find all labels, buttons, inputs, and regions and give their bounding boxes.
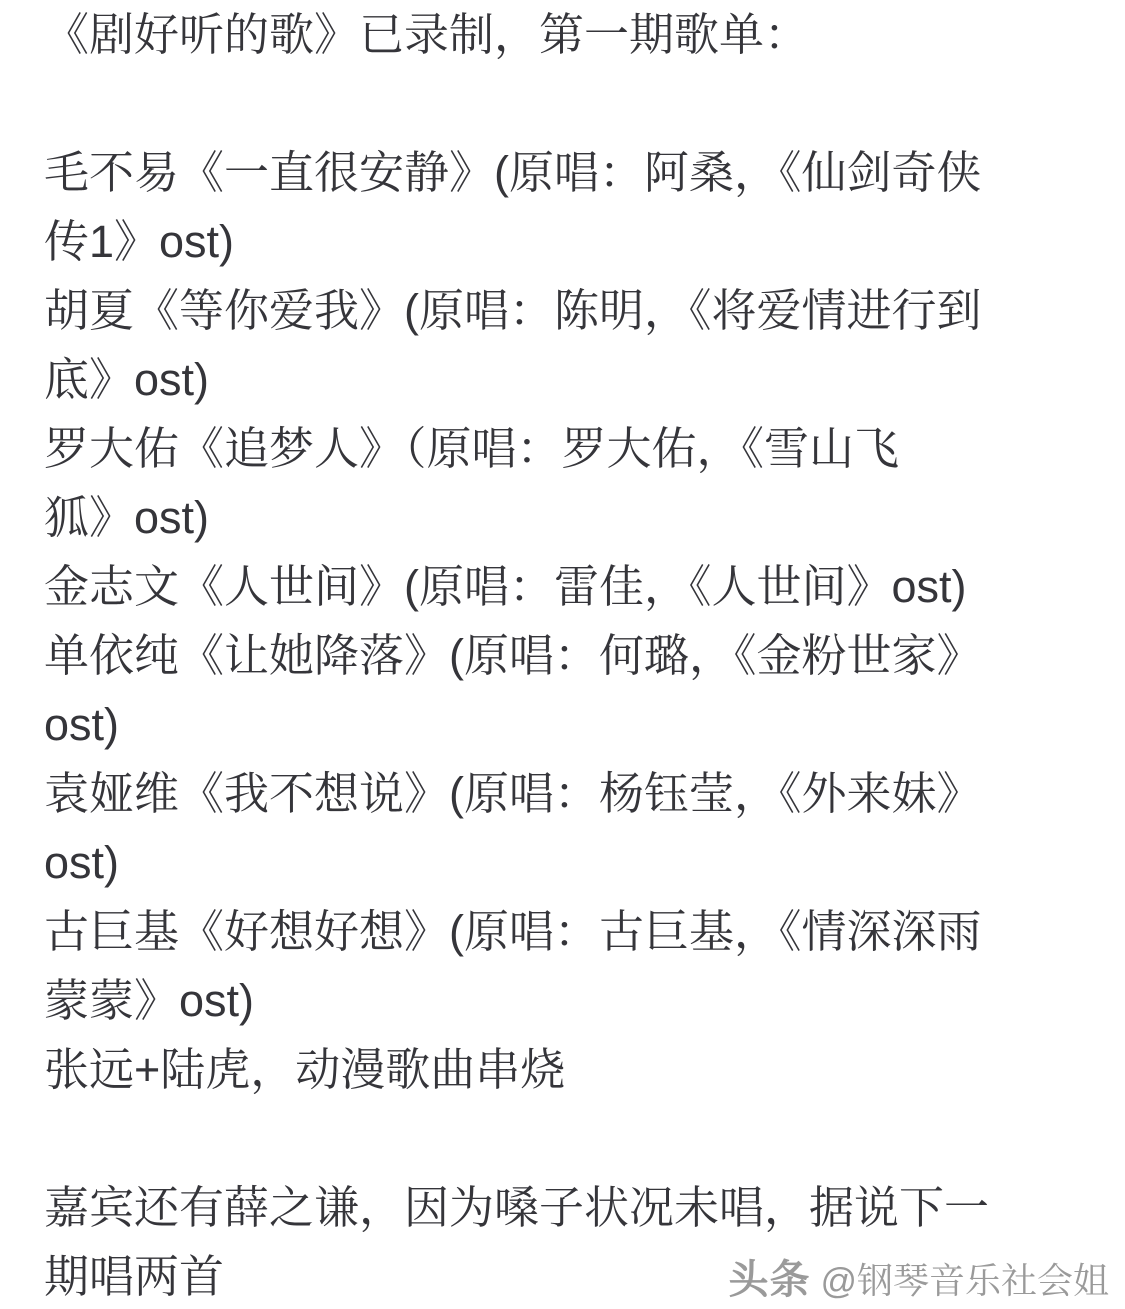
text-line: ost): [44, 828, 1095, 897]
text-line: 蒙蒙》ost): [44, 966, 1095, 1035]
text-line: 传1》ost): [44, 207, 1095, 276]
text-line: 底》ost): [44, 345, 1095, 414]
post-page: 《剧好听的歌》已录制，第一期歌单： 毛不易《一直很安静》(原唱：阿桑，《仙剑奇侠…: [0, 0, 1125, 1309]
blank-line: [44, 69, 1095, 138]
text-line: 古巨基《好想好想》(原唱：古巨基，《情深深雨: [44, 897, 1095, 966]
blank-line: [44, 1104, 1095, 1173]
watermark: 头条 @钢琴音乐社会姐: [728, 1248, 1109, 1305]
text-line: 袁娅维《我不想说》(原唱：杨钰莹，《外来妹》: [44, 759, 1095, 828]
toutiao-logo: 头条: [728, 1248, 810, 1305]
text-line: 单依纯《让她降落》(原唱：何璐，《金粉世家》: [44, 621, 1095, 690]
text-line: 胡夏《等你爱我》(原唱：陈明，《将爱情进行到: [44, 276, 1095, 345]
post-body: 《剧好听的歌》已录制，第一期歌单： 毛不易《一直很安静》(原唱：阿桑，《仙剑奇侠…: [44, 0, 1095, 1309]
text-line: 金志文《人世间》(原唱：雷佳，《人世间》ost): [44, 552, 1095, 621]
text-line: ost): [44, 690, 1095, 759]
text-line: 罗大佑《追梦人》（原唱：罗大佑，《雪山飞: [44, 414, 1095, 483]
text-line: 狐》ost): [44, 483, 1095, 552]
text-line: 嘉宾还有薛之谦，因为嗓子状况未唱，据说下一: [44, 1173, 1095, 1242]
text-line: 《剧好听的歌》已录制，第一期歌单：: [44, 0, 1095, 69]
text-line: 张远+陆虎，动漫歌曲串烧: [44, 1035, 1095, 1104]
watermark-handle: @钢琴音乐社会姐: [820, 1253, 1109, 1304]
text-line: 毛不易《一直很安静》(原唱：阿桑，《仙剑奇侠: [44, 138, 1095, 207]
